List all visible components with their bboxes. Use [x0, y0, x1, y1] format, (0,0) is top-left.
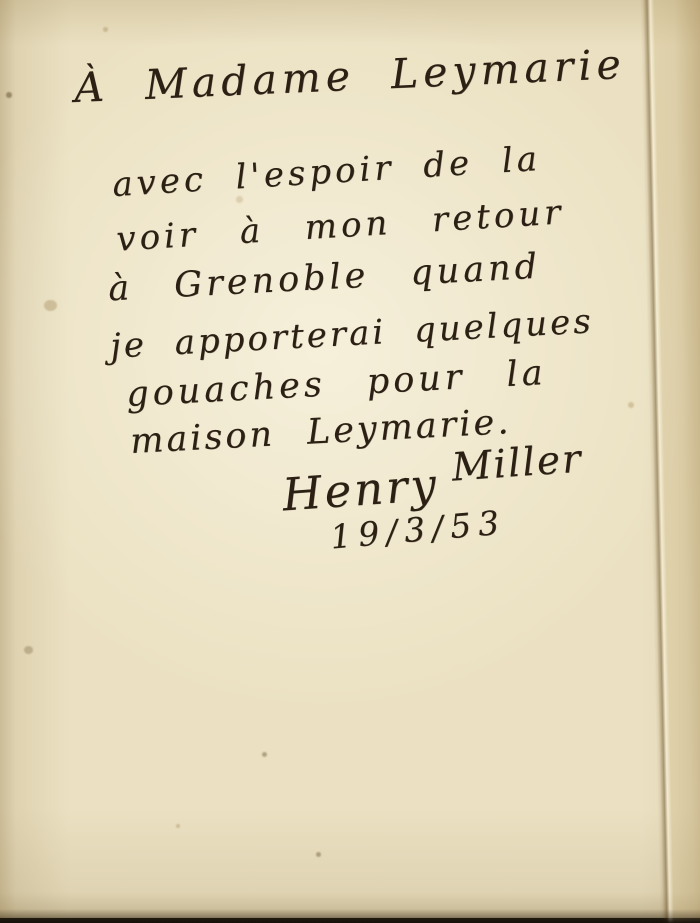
foxing-spot	[316, 852, 321, 857]
foxing-spot	[262, 752, 267, 757]
inscription-line: À Madame Leymarie	[73, 40, 626, 112]
foxing-spot	[44, 300, 57, 311]
foxing-spot	[24, 646, 33, 654]
page-crease	[640, 0, 700, 923]
page-bottom-shadow	[0, 909, 700, 923]
foxing-spot	[628, 402, 634, 408]
inscription-line: avec l'espoir de la	[111, 139, 542, 205]
foxing-spot	[103, 27, 108, 32]
inscription-photo: À Madame Leymarie avec l'espoir de la vo…	[0, 0, 700, 923]
signature-last-name: Miller	[450, 437, 584, 491]
book-page: À Madame Leymarie avec l'espoir de la vo…	[0, 0, 700, 918]
foxing-spot	[6, 92, 12, 98]
foxing-spot	[176, 824, 180, 828]
